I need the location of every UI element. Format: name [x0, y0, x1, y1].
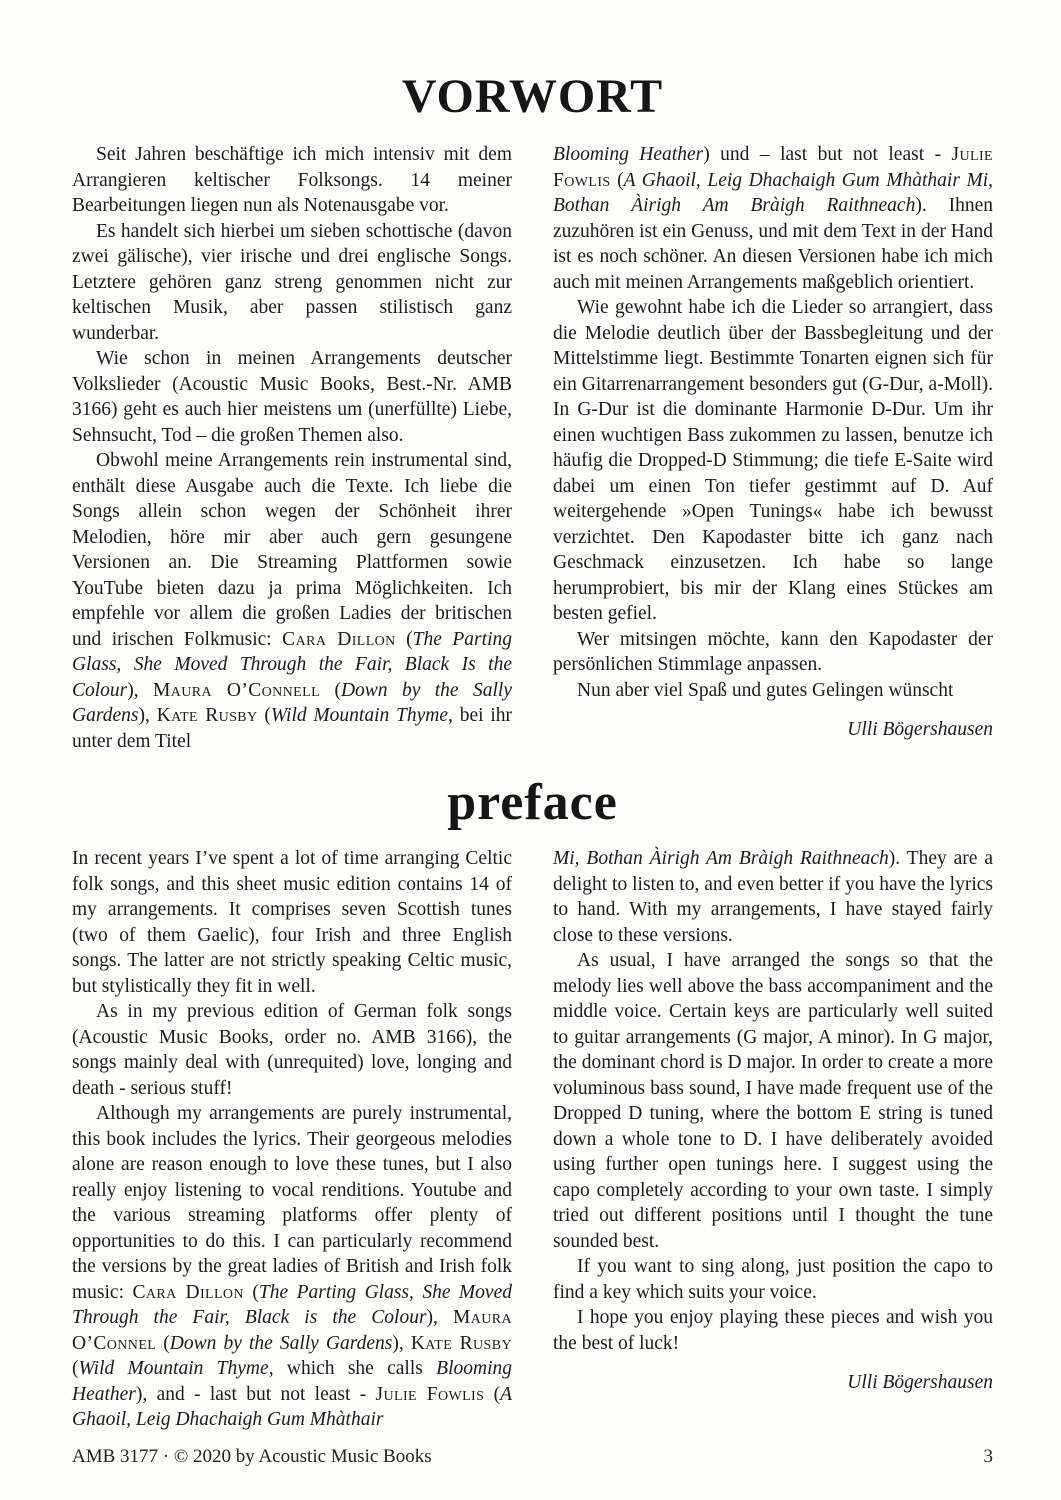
- paragraph: Wie gewohnt habe ich die Lieder so arran…: [553, 295, 993, 627]
- paragraph: Wer mitsingen möchte, kann den Kapodaste…: [553, 627, 993, 678]
- italic-text-run: Mi, Bothan Àirigh Am Bràigh Raithneach: [553, 848, 889, 869]
- vorwort-columns: Seit Jahren beschäftige ich mich intensi…: [72, 142, 993, 754]
- section-vorwort: VORWORT Seit Jahren beschäftige ich mich…: [72, 70, 993, 754]
- preface-title: preface: [72, 776, 993, 830]
- text-run: Wer mitsingen möchte, kann den Kapodaste…: [553, 629, 993, 676]
- paragraph: Nun aber viel Spaß und gutes Gelingen wü…: [553, 678, 993, 704]
- text-run: ) und – last but not least -: [703, 144, 951, 165]
- text-run: ),: [127, 680, 153, 701]
- text-run: Obwohl meine Arrangements rein instrumen…: [72, 450, 512, 650]
- paragraph: Es handelt sich hierbei um sieben schott…: [72, 219, 512, 347]
- preface-right-column: Mi, Bothan Àirigh Am Bràigh Raithneach).…: [553, 846, 993, 1396]
- text-run: (: [611, 170, 624, 191]
- smallcaps-name-run: Maura O’Connell: [153, 680, 320, 701]
- paragraph: As in my previous edition of German folk…: [72, 999, 512, 1101]
- preface-columns: In recent years I’ve spent a lot of time…: [72, 846, 993, 1433]
- text-run: Es handelt sich hierbei um sieben schott…: [72, 221, 512, 344]
- paragraph: Obwohl meine Arrangements rein instrumen…: [72, 448, 512, 754]
- paragraph: Seit Jahren beschäftige ich mich intensi…: [72, 142, 512, 219]
- paragraph: If you want to sing along, just position…: [553, 1254, 993, 1305]
- smallcaps-name-run: Kate Rusby: [411, 1333, 512, 1354]
- text-run: Wie schon in meinen Arrangements deutsch…: [72, 348, 512, 446]
- text-run: As in my previous edition of German folk…: [72, 1001, 512, 1099]
- text-run: (: [484, 1384, 500, 1405]
- smallcaps-name-run: Julie Fowlis: [376, 1384, 485, 1405]
- italic-text-run: Ulli Bögershausen: [847, 719, 993, 740]
- vorwort-right-column: Blooming Heather) und – last but not lea…: [553, 142, 993, 743]
- text-run: (: [258, 705, 271, 726]
- section-preface: preface In recent years I’ve spent a lot…: [72, 776, 993, 1433]
- page: VORWORT Seit Jahren beschäftige ich mich…: [0, 0, 1061, 1500]
- preface-left-column: In recent years I’ve spent a lot of time…: [72, 846, 512, 1433]
- vorwort-left-column: Seit Jahren beschäftige ich mich intensi…: [72, 142, 512, 754]
- text-run: As usual, I have arranged the songs so t…: [553, 950, 993, 1252]
- text-run: Although my arrangements are purely inst…: [72, 1103, 512, 1303]
- text-run: Wie gewohnt habe ich die Lieder so arran…: [553, 297, 993, 624]
- signature: Ulli Bögershausen: [553, 717, 993, 743]
- italic-text-run: Ulli Bögershausen: [847, 1372, 993, 1393]
- text-run: (: [320, 680, 341, 701]
- text-run: ),: [138, 705, 156, 726]
- text-run: , which she calls: [269, 1358, 436, 1379]
- paragraph: In recent years I’ve spent a lot of time…: [72, 846, 512, 999]
- text-run: (: [156, 1333, 170, 1354]
- text-run: Nun aber viel Spaß und gutes Gelingen wü…: [577, 680, 953, 701]
- paragraph: Blooming Heather) und – last but not lea…: [553, 142, 993, 295]
- paragraph: I hope you enjoy playing these pieces an…: [553, 1305, 993, 1356]
- italic-text-run: Wild Mountain Thyme: [271, 705, 448, 726]
- text-run: (: [396, 629, 413, 650]
- page-number: 3: [984, 1446, 994, 1468]
- text-run: In recent years I’ve spent a lot of time…: [72, 848, 512, 997]
- text-run: ), and - last but not least -: [136, 1384, 376, 1405]
- text-run: Seit Jahren beschäftige ich mich intensi…: [72, 144, 512, 216]
- paragraph: As usual, I have arranged the songs so t…: [553, 948, 993, 1254]
- paragraph: Wie schon in meinen Arrangements deutsch…: [72, 346, 512, 448]
- italic-text-run: Wild Mountain Thyme: [79, 1358, 269, 1379]
- text-run: I hope you enjoy playing these pieces an…: [553, 1307, 993, 1354]
- paragraph: Mi, Bothan Àirigh Am Bràigh Raithneach).…: [553, 846, 993, 948]
- page-footer: AMB 3177 · © 2020 by Acoustic Music Book…: [72, 1446, 993, 1468]
- smallcaps-name-run: Cara Dillon: [132, 1282, 243, 1303]
- smallcaps-name-run: Cara Dillon: [282, 629, 396, 650]
- italic-text-run: Down by the Sally Gardens: [170, 1333, 393, 1354]
- text-run: ),: [392, 1333, 410, 1354]
- imprint: AMB 3177 · © 2020 by Acoustic Music Book…: [72, 1446, 432, 1468]
- text-run: (: [244, 1282, 259, 1303]
- signature: Ulli Bögershausen: [553, 1370, 993, 1396]
- italic-text-run: Blooming Heather: [553, 144, 703, 165]
- text-run: If you want to sing along, just position…: [553, 1256, 993, 1303]
- paragraph: Although my arrangements are purely inst…: [72, 1101, 512, 1433]
- text-run: ),: [427, 1307, 453, 1328]
- vorwort-title: VORWORT: [72, 70, 993, 124]
- smallcaps-name-run: Kate Rusby: [157, 705, 258, 726]
